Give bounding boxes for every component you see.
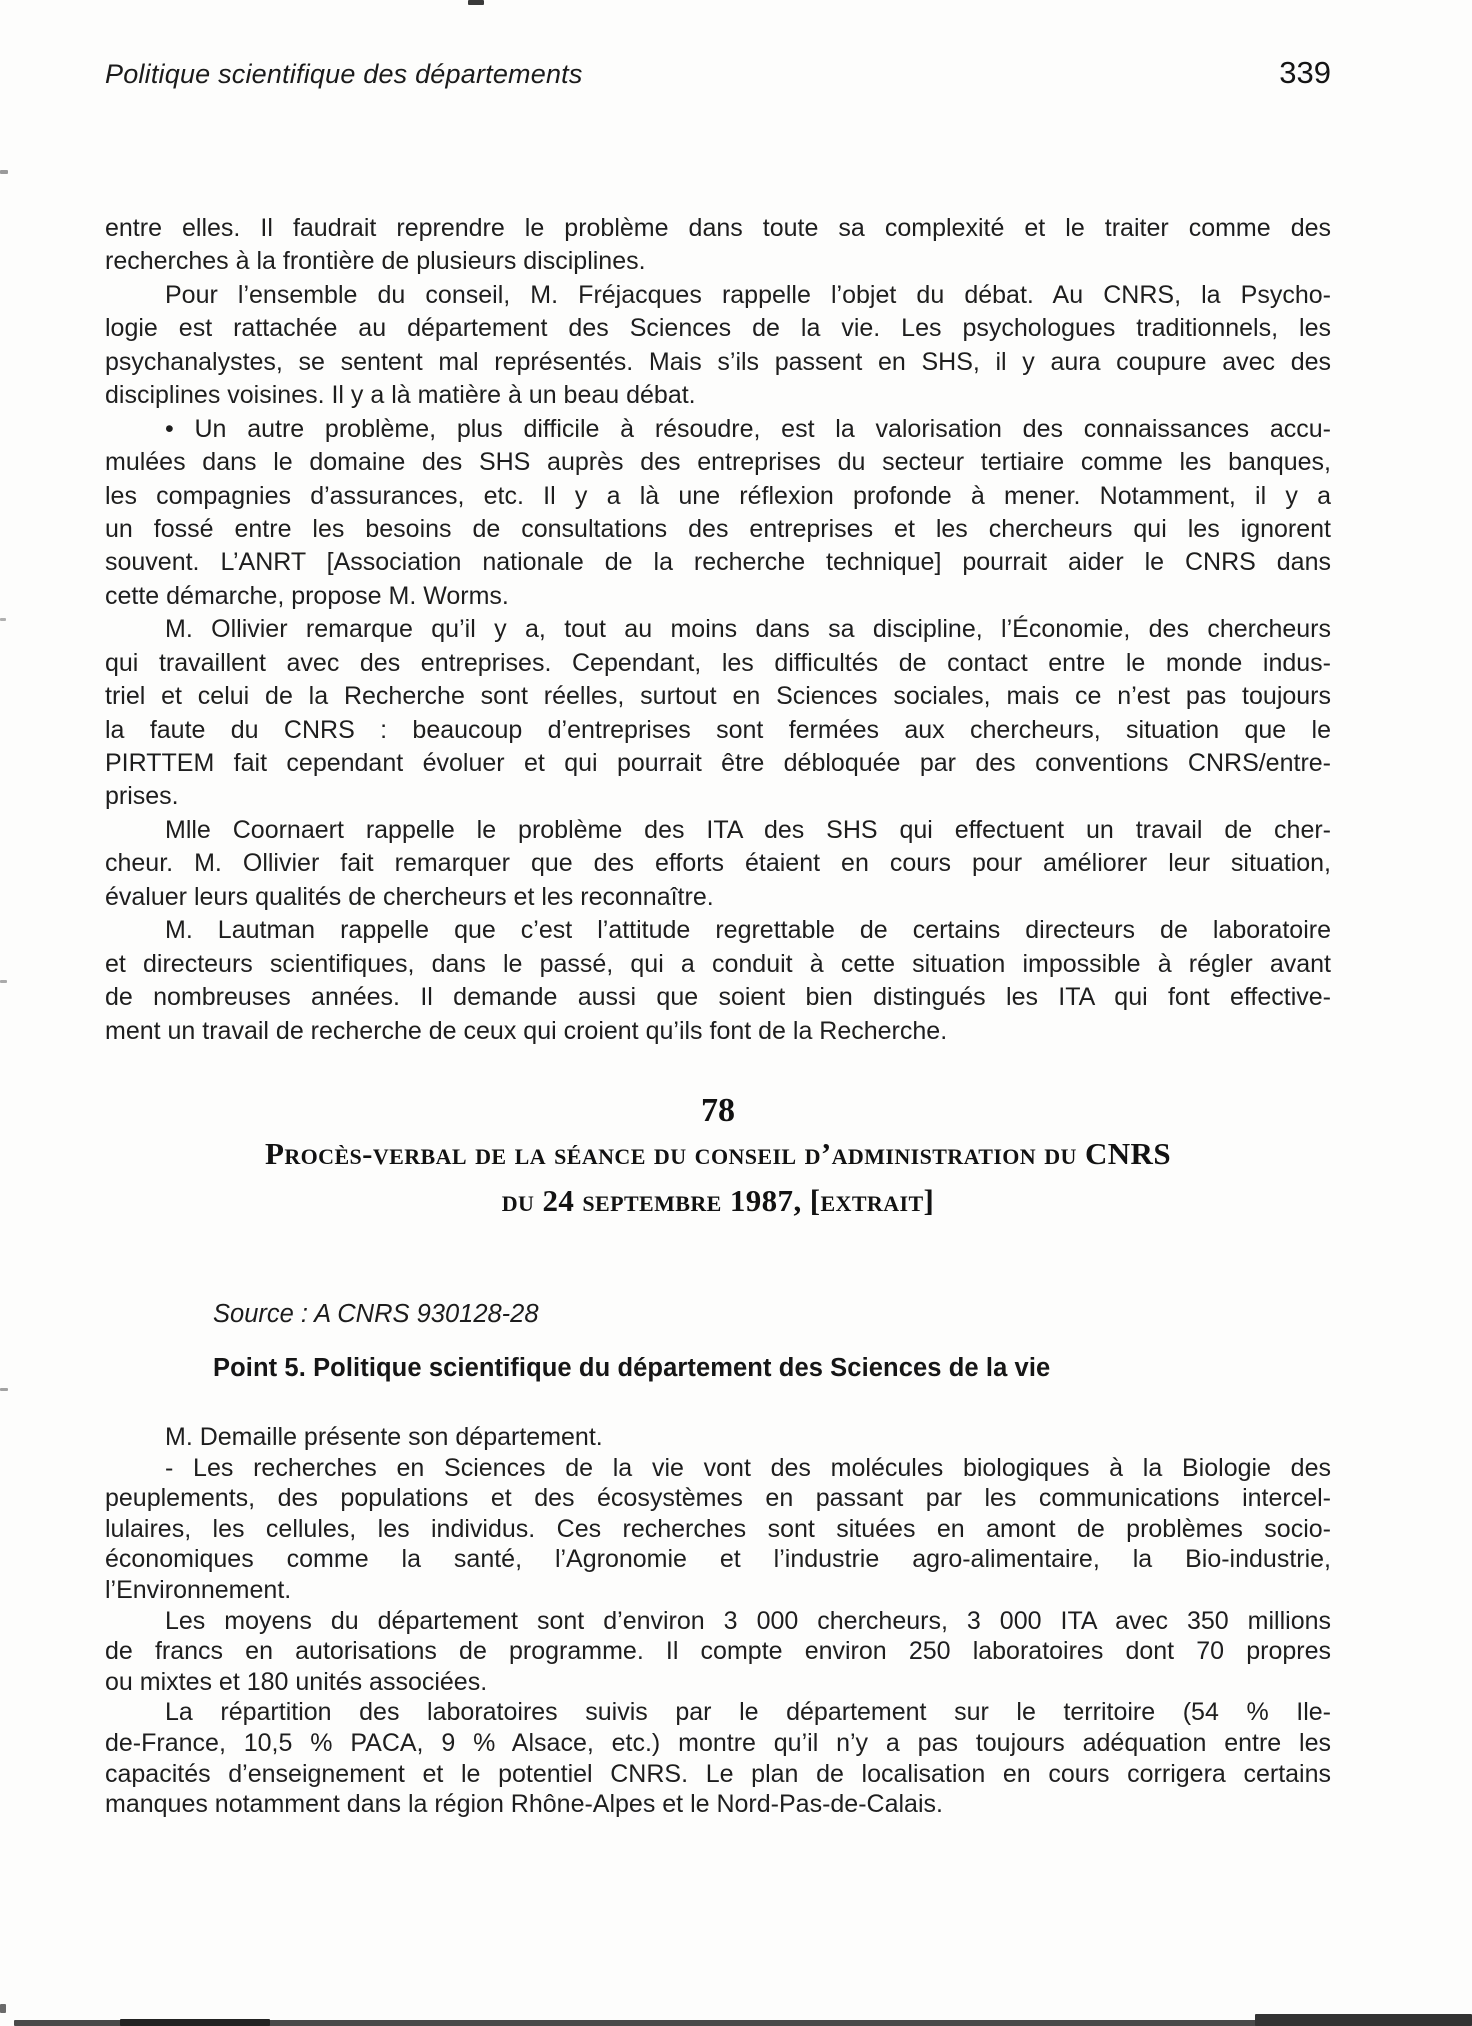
text-line: cheur. M. Ollivier fait remarquer que de… (105, 847, 1331, 880)
text-line: ou mixtes et 180 unités associées. (105, 1667, 1331, 1698)
scan-artifact-left (0, 170, 8, 174)
paragraph: M. Lautman rappelle que c’est l’attitude… (105, 914, 1331, 1048)
paragraph: Les moyens du département sont d’environ… (105, 1606, 1331, 1698)
text-line: de-France, 10,5 % PACA, 9 % Alsace, etc.… (105, 1728, 1331, 1759)
text-line: la faute du CNRS : beaucoup d’entreprise… (105, 714, 1331, 747)
paragraph: Mlle Coornaert rappelle le problème des … (105, 814, 1331, 914)
text-line: ment un travail de recherche de ceux qui… (105, 1015, 1331, 1048)
scan-edge-bar-dark (120, 2019, 270, 2026)
text-line: l’Environnement. (105, 1575, 1331, 1606)
text-line: logie est rattachée au département des S… (105, 312, 1331, 345)
text-line: triel et celui de la Recherche sont réel… (105, 680, 1331, 713)
scan-edge-bar-right (1255, 2014, 1472, 2026)
scan-artifact-left (0, 618, 6, 621)
text-line: • Un autre problème, plus difficile à ré… (105, 413, 1331, 446)
text-line: les compagnies d’assurances, etc. Il y a… (105, 480, 1331, 513)
document-number: 78 (105, 1092, 1331, 1130)
paragraph: M. Ollivier remarque qu’il y a, tout au … (105, 613, 1331, 814)
text-line: de nombreuses années. Il demande aussi q… (105, 981, 1331, 1014)
scanned-page: Politique scientifique des départements … (0, 0, 1472, 2026)
running-title: Politique scientifique des départements (105, 59, 583, 90)
text-line: recherches à la frontière de plusieurs d… (105, 245, 1331, 278)
scan-artifact-left (0, 980, 7, 983)
running-header: Politique scientifique des départements … (105, 55, 1331, 91)
scan-artifact-left (0, 1388, 8, 1391)
paragraph: Pour l’ensemble du conseil, M. Fréjacque… (105, 279, 1331, 413)
text-line: qui travaillent avec des entreprises. Ce… (105, 647, 1331, 680)
text-line: peuplements, des populations et des écos… (105, 1483, 1331, 1514)
document-title-line2: du 24 septembre 1987, [extrait] (105, 1177, 1331, 1224)
text-line: mulées dans le domaine des SHS auprès de… (105, 446, 1331, 479)
body-text-top: entre elles. Il faudrait reprendre le pr… (105, 212, 1331, 1048)
source-reference: Source : A CNRS 930128-28 (213, 1300, 539, 1329)
paragraph: entre elles. Il faudrait reprendre le pr… (105, 212, 1331, 279)
text-line: économiques comme la santé, l’Agronomie … (105, 1544, 1331, 1575)
paragraph: - Les recherches en Sciences de la vie v… (105, 1453, 1331, 1606)
text-line: prises. (105, 780, 1331, 813)
page-number: 339 (1279, 55, 1331, 91)
paragraph: La répartition des laboratoires suivis p… (105, 1697, 1331, 1819)
text-line: disciplines voisines. Il y a là matière … (105, 379, 1331, 412)
text-line: PIRTTEM fait cependant évoluer et qui po… (105, 747, 1331, 780)
text-line: évaluer leurs qualités de chercheurs et … (105, 881, 1331, 914)
text-line: psychanalystes, se sentent mal représent… (105, 346, 1331, 379)
paragraph: • Un autre problème, plus difficile à ré… (105, 413, 1331, 614)
document-title-line1: Procès-verbal de la séance du conseil d’… (105, 1130, 1331, 1177)
text-line: La répartition des laboratoires suivis p… (105, 1697, 1331, 1728)
scan-artifact-bottom-left (0, 2004, 6, 2013)
text-line: capacités d’enseignement et le potentiel… (105, 1759, 1331, 1790)
text-line: lulaires, les cellules, les individus. C… (105, 1514, 1331, 1545)
point-heading: Point 5. Politique scientifique du dépar… (213, 1354, 1050, 1383)
text-line: cette démarche, propose M. Worms. (105, 580, 1331, 613)
text-line: un fossé entre les besoins de consultati… (105, 513, 1331, 546)
text-line: M. Demaille présente son département. (105, 1422, 1331, 1453)
text-line: Pour l’ensemble du conseil, M. Fréjacque… (105, 279, 1331, 312)
text-line: M. Ollivier remarque qu’il y a, tout au … (105, 613, 1331, 646)
text-line: manques notamment dans la région Rhône-A… (105, 1789, 1331, 1820)
text-line: et directeurs scientifiques, dans le pas… (105, 948, 1331, 981)
scan-artifact-top (468, 0, 484, 5)
paragraph: M. Demaille présente son département. (105, 1422, 1331, 1453)
text-line: Les moyens du département sont d’environ… (105, 1606, 1331, 1637)
text-line: - Les recherches en Sciences de la vie v… (105, 1453, 1331, 1484)
document-heading: 78 Procès-verbal de la séance du conseil… (105, 1092, 1331, 1224)
text-line: entre elles. Il faudrait reprendre le pr… (105, 212, 1331, 245)
text-line: Mlle Coornaert rappelle le problème des … (105, 814, 1331, 847)
text-line: M. Lautman rappelle que c’est l’attitude… (105, 914, 1331, 947)
body-text-bottom: M. Demaille présente son département.- L… (105, 1422, 1331, 1820)
text-line: souvent. L’ANRT [Association nationale d… (105, 546, 1331, 579)
text-line: de francs en autorisations de programme.… (105, 1636, 1331, 1667)
